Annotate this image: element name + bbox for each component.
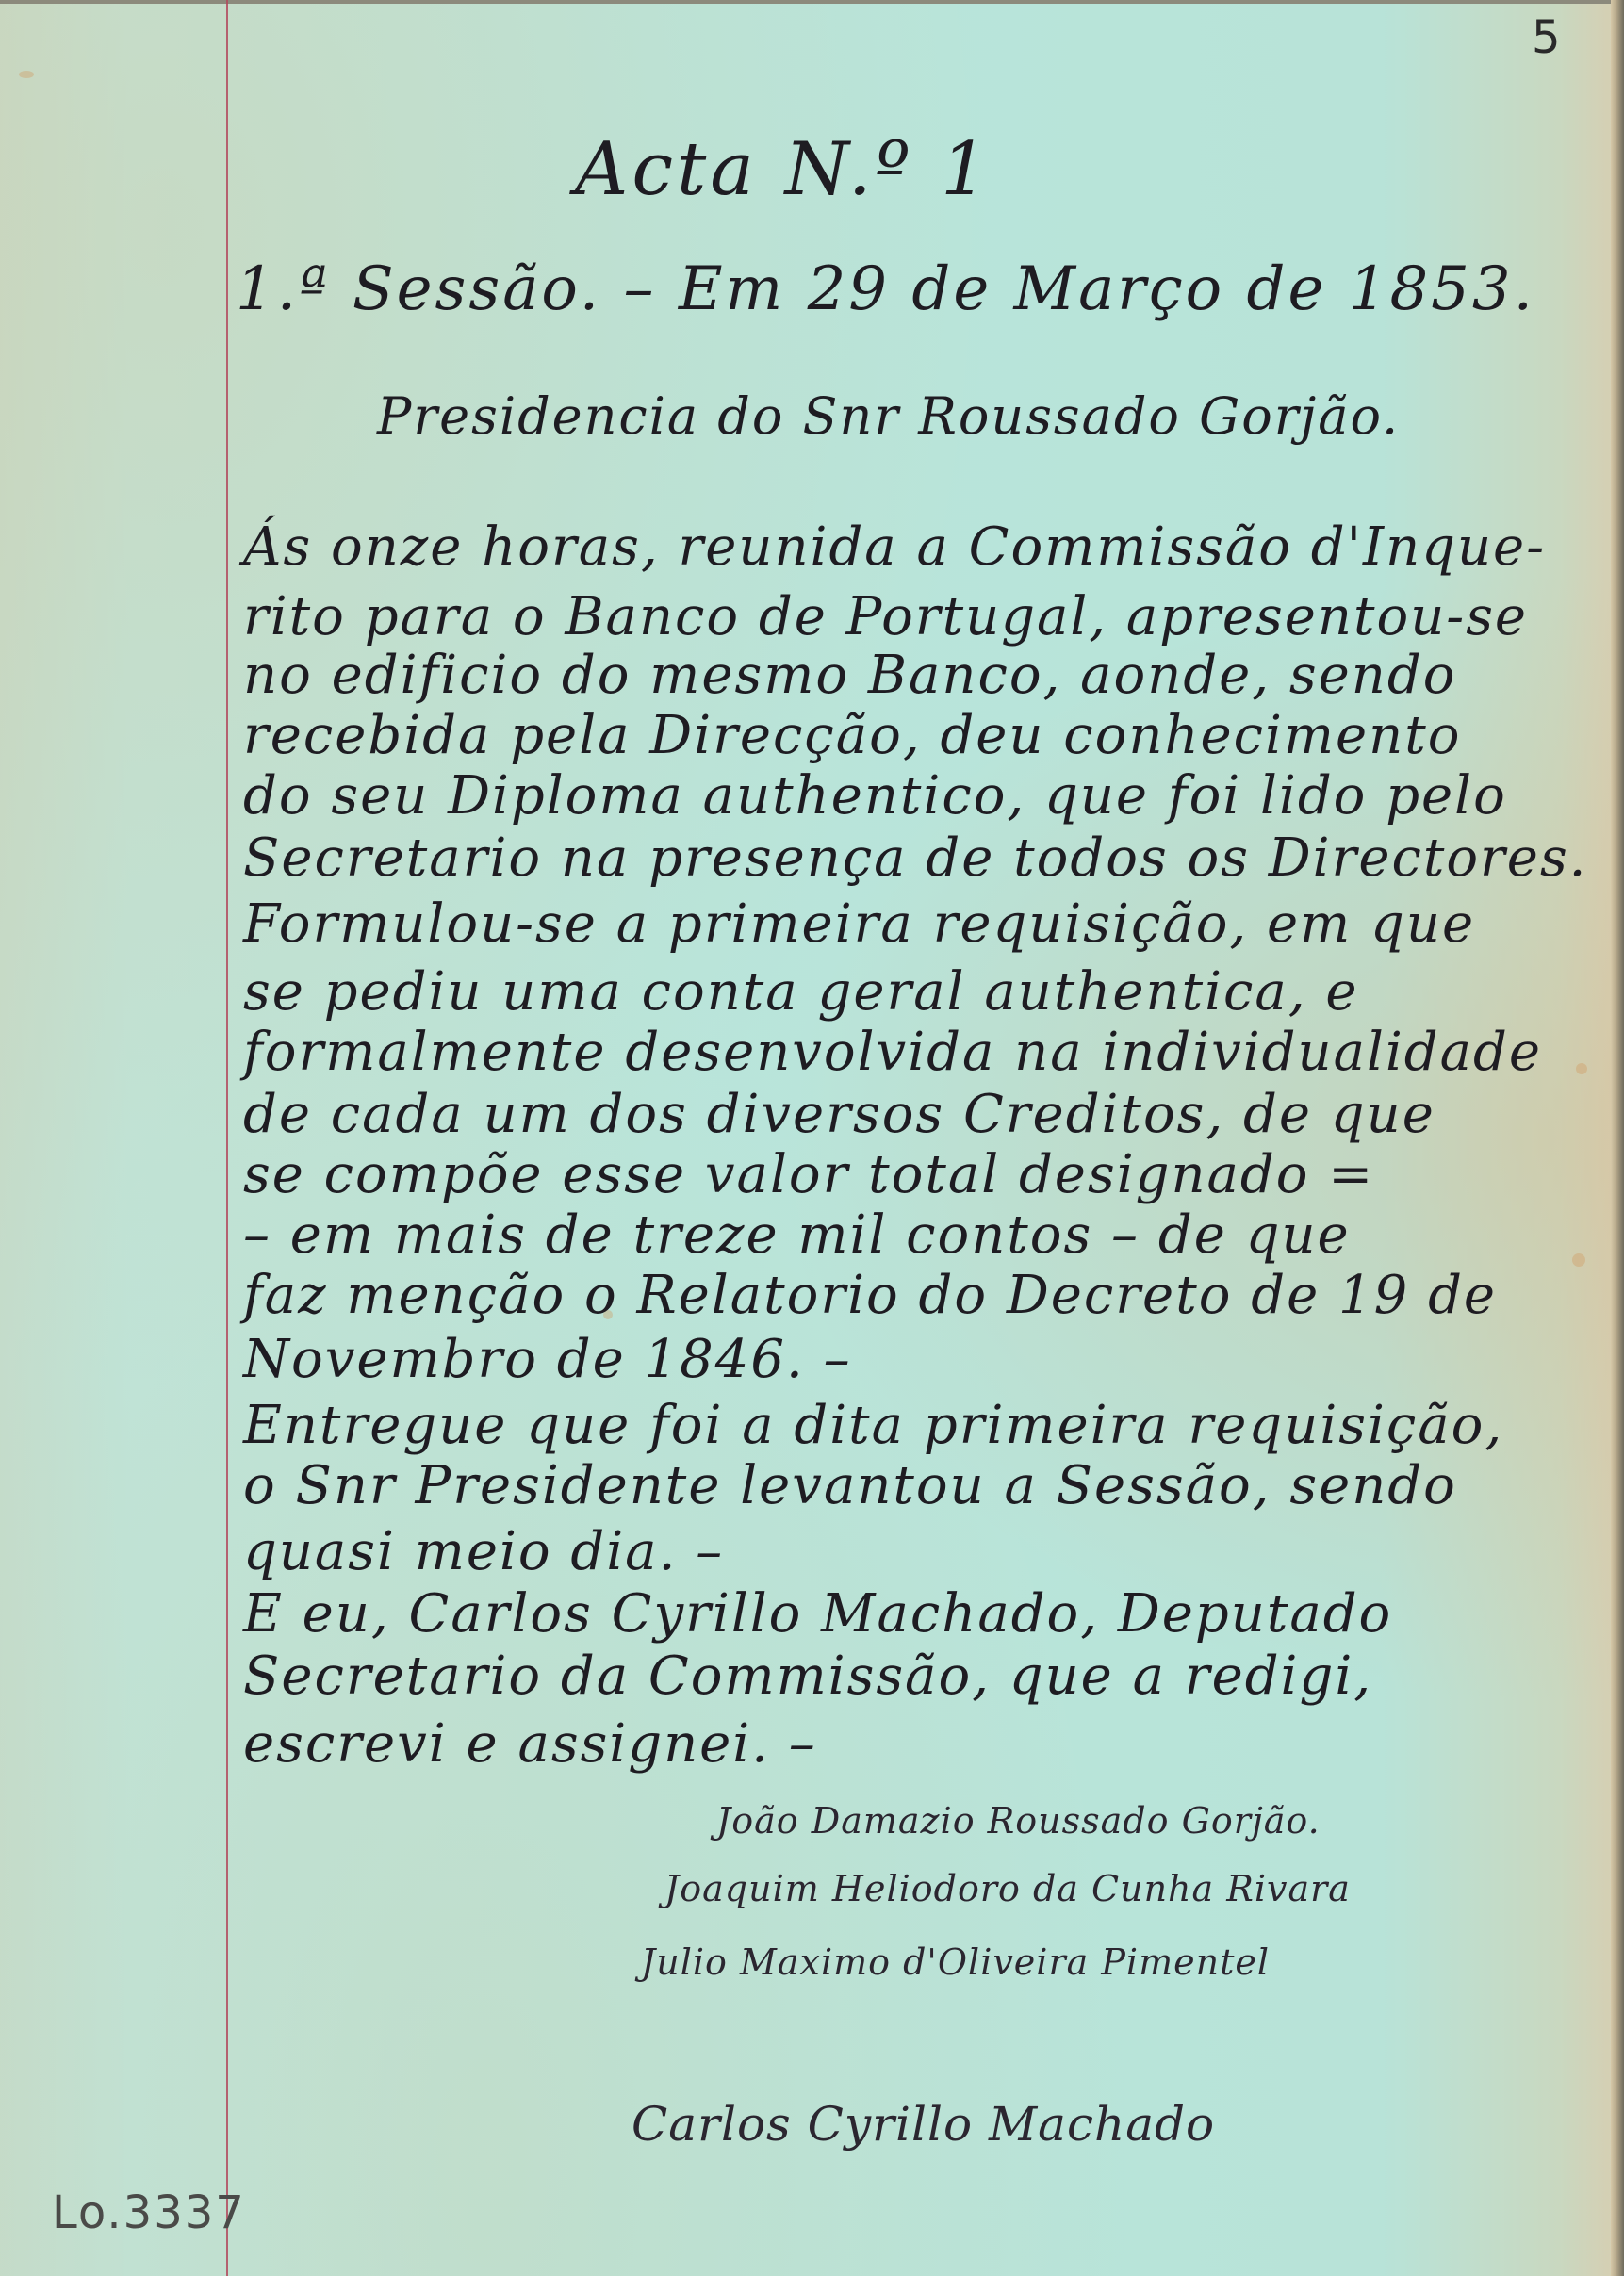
foxing-stain xyxy=(1572,1253,1585,1267)
body-line: faz menção o Relatorio do Decreto de 19 … xyxy=(243,1265,1497,1326)
body-line: Secretario da Commissão, que a redigi, xyxy=(243,1646,1372,1707)
foxing-stain xyxy=(1576,1063,1587,1074)
page-number: 5 xyxy=(1532,11,1561,64)
signature: Carlos Cyrillo Machado xyxy=(632,2097,1215,2152)
session-line: 1.ª Sessão. – Em 29 de Março de 1853. xyxy=(236,254,1535,324)
body-line: Secretario na presença de todos os Direc… xyxy=(243,827,1587,889)
body-line: quasi meio dia. – xyxy=(243,1521,724,1582)
page-binding-edge xyxy=(1611,0,1624,2276)
page-top-edge xyxy=(0,0,1624,4)
body-line: recebida pela Direcção, deu conhecimento xyxy=(243,705,1461,766)
body-line: se pediu uma conta geral authentica, e xyxy=(243,961,1358,1023)
signature: Joaquim Heliodoro da Cunha Rivara xyxy=(664,1868,1351,1909)
body-line: se compõe esse valor total designado = xyxy=(243,1144,1374,1205)
body-line: Novembro de 1846. – xyxy=(243,1329,852,1390)
document-title: Acta N.º 1 xyxy=(575,127,992,212)
body-line: rito para o Banco de Portugal, apresento… xyxy=(243,586,1528,647)
signature: Julio Maximo d'Oliveira Pimentel xyxy=(641,1941,1270,1983)
body-line: o Snr Presidente levantou a Sessão, send… xyxy=(243,1455,1457,1516)
body-line: Entregue que foi a dita primeira requisi… xyxy=(243,1395,1503,1456)
body-line: Ás onze horas, reunida a Commissão d'Inq… xyxy=(243,516,1546,578)
body-line: do seu Diploma authentico, que foi lido … xyxy=(243,765,1507,827)
archive-reference: Lo.3337 xyxy=(52,2186,246,2239)
body-line: escrevi e assignei. – xyxy=(243,1713,817,1775)
margin-rule xyxy=(226,0,228,2276)
body-line: – em mais de treze mil contos – de que xyxy=(243,1204,1351,1266)
body-line: formalmente desenvolvida na individualid… xyxy=(243,1022,1542,1083)
body-line: de cada um dos diversos Creditos, de que xyxy=(243,1084,1435,1145)
foxing-stain xyxy=(19,71,34,78)
body-line: no edificio do mesmo Banco, aonde, sendo xyxy=(243,645,1456,706)
body-line: E eu, Carlos Cyrillo Machado, Deputado xyxy=(243,1583,1392,1645)
body-line: Formulou-se a primeira requisição, em qu… xyxy=(243,893,1475,955)
manuscript-page: 5 Acta N.º 1 1.ª Sessão. – Em 29 de Març… xyxy=(0,0,1624,2276)
signature: João Damazio Roussado Gorjão. xyxy=(716,1800,1321,1842)
presidency-line: Presidencia do Snr Roussado Gorjão. xyxy=(377,386,1400,446)
